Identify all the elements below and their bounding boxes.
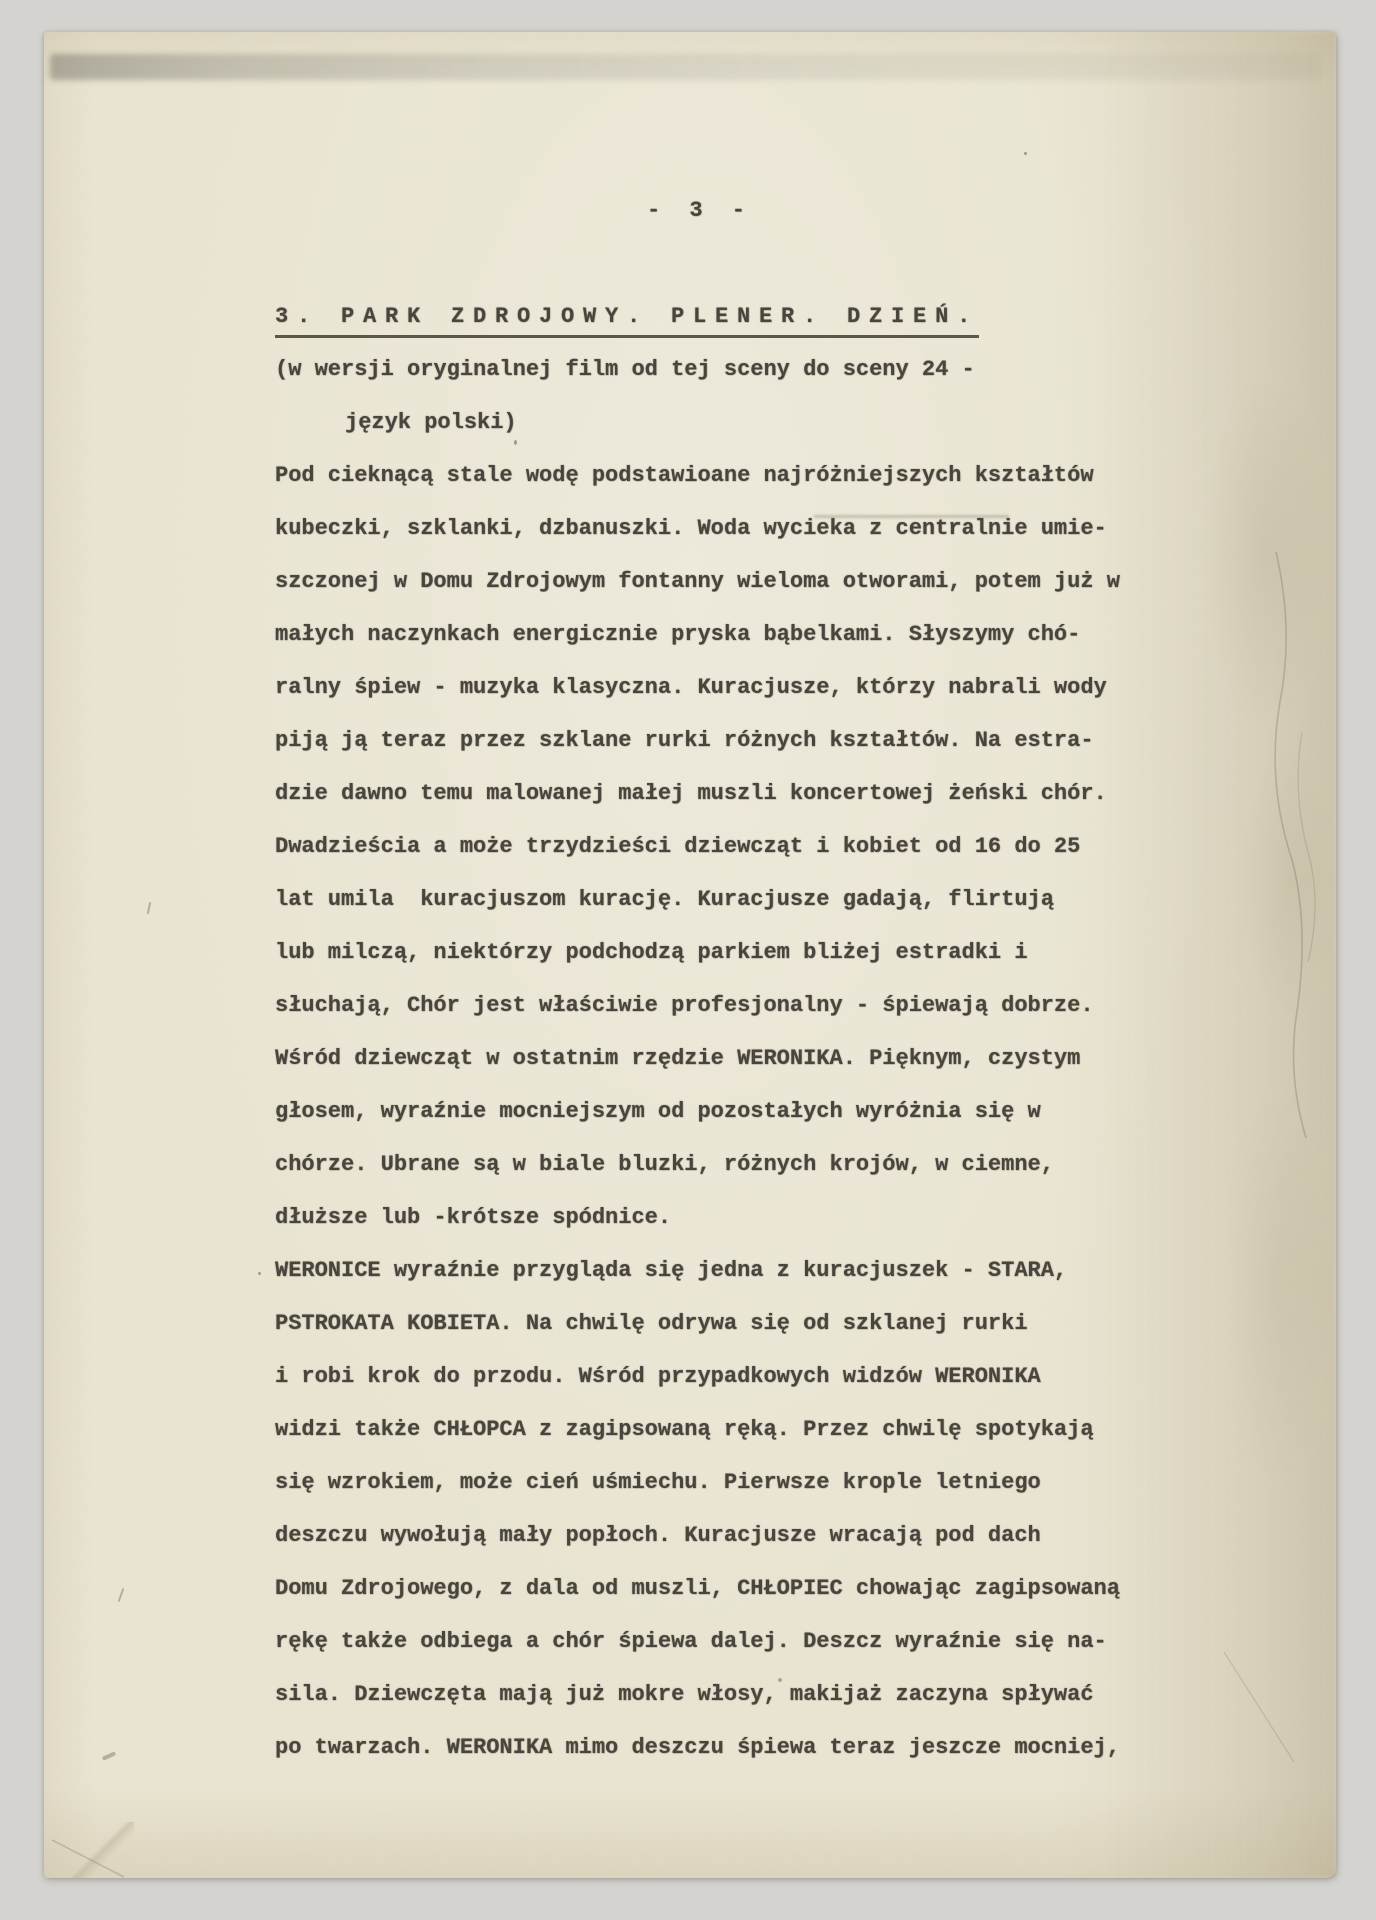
script-line: sila. Dziewczęta mają już mokre włosy, m… [275, 1668, 1350, 1721]
script-line: rękę także odbiega a chór śpiewa dalej. … [275, 1615, 1350, 1668]
script-line: ralny śpiew - muzyka klasyczna. Kuracjus… [275, 661, 1350, 714]
document-page: - 3 - 3. PARK ZDROJOWY. PLENER. DZIEŃ. (… [44, 32, 1336, 1878]
script-line: małych naczynkach energicznie pryska bąb… [275, 608, 1350, 661]
script-line: PSTROKATA KOBIETA. Na chwilę odrywa się … [275, 1297, 1350, 1350]
typewritten-text: 3. PARK ZDROJOWY. PLENER. DZIEŃ. (w wers… [275, 290, 1350, 1774]
script-line: Pod cieknącą stale wodę podstawioane naj… [275, 449, 1350, 502]
script-line: Dwadzieścia a może trzydzieści dziewcząt… [275, 820, 1350, 873]
script-line: lat umila kuracjuszom kurację. Kuracjusz… [275, 873, 1350, 926]
scene-heading-text: 3. PARK ZDROJOWY. PLENER. DZIEŃ. [275, 302, 979, 338]
script-line: (w wersji oryginalnej film od tej sceny … [275, 343, 1350, 396]
scan-speck [514, 440, 517, 445]
script-line: Domu Zdrojowego, z dala od muszli, CHŁOP… [275, 1562, 1350, 1615]
page-number: - 3 - [647, 184, 753, 237]
corner-fold [44, 1822, 134, 1878]
scan-speck [118, 1588, 125, 1602]
scan-stray-mark [814, 515, 1009, 518]
script-line: WERONICE wyraźnie przygląda się jedna z … [275, 1244, 1350, 1297]
script-line: piją ją teraz przez szklane rurki różnyc… [275, 714, 1350, 767]
script-line: dzie dawno temu malowanej małej muszli k… [275, 767, 1350, 820]
script-line: głosem, wyraźnie mocniejszym od pozostał… [275, 1085, 1350, 1138]
scan-speck [778, 1678, 782, 1682]
script-line: deszczu wywołują mały popłoch. Kuracjusz… [275, 1509, 1350, 1562]
scan-speck [102, 1751, 116, 1761]
scan-background: - 3 - 3. PARK ZDROJOWY. PLENER. DZIEŃ. (… [0, 0, 1376, 1920]
script-line: dłuższe lub -krótsze spódnice. [275, 1191, 1350, 1244]
scene-heading: 3. PARK ZDROJOWY. PLENER. DZIEŃ. [275, 290, 1350, 343]
script-line: Wśród dziewcząt w ostatnim rzędzie WERON… [275, 1032, 1350, 1085]
script-line: język polski) [275, 396, 1350, 449]
script-line: lub milczą, niektórzy podchodzą parkiem … [275, 926, 1350, 979]
script-line: widzi także CHŁOPCA z zagipsowaną ręką. … [275, 1403, 1350, 1456]
script-line: słuchają, Chór jest właściwie profesjona… [275, 979, 1350, 1032]
script-line: szczonej w Domu Zdrojowym fontanny wielo… [275, 555, 1350, 608]
scan-speck [147, 902, 151, 914]
scan-smudge [50, 54, 1320, 80]
script-line: po twarzach. WERONIKA mimo deszczu śpiew… [275, 1721, 1350, 1774]
script-line: i robi krok do przodu. Wśród przypadkowy… [275, 1350, 1350, 1403]
script-line: chórze. Ubrane są w biale bluzki, różnyc… [275, 1138, 1350, 1191]
script-line: się wzrokiem, może cień uśmiechu. Pierws… [275, 1456, 1350, 1509]
scan-speck [258, 1272, 261, 1275]
scan-speck [1024, 152, 1027, 155]
script-line: kubeczki, szklanki, dzbanuszki. Woda wyc… [275, 502, 1350, 555]
